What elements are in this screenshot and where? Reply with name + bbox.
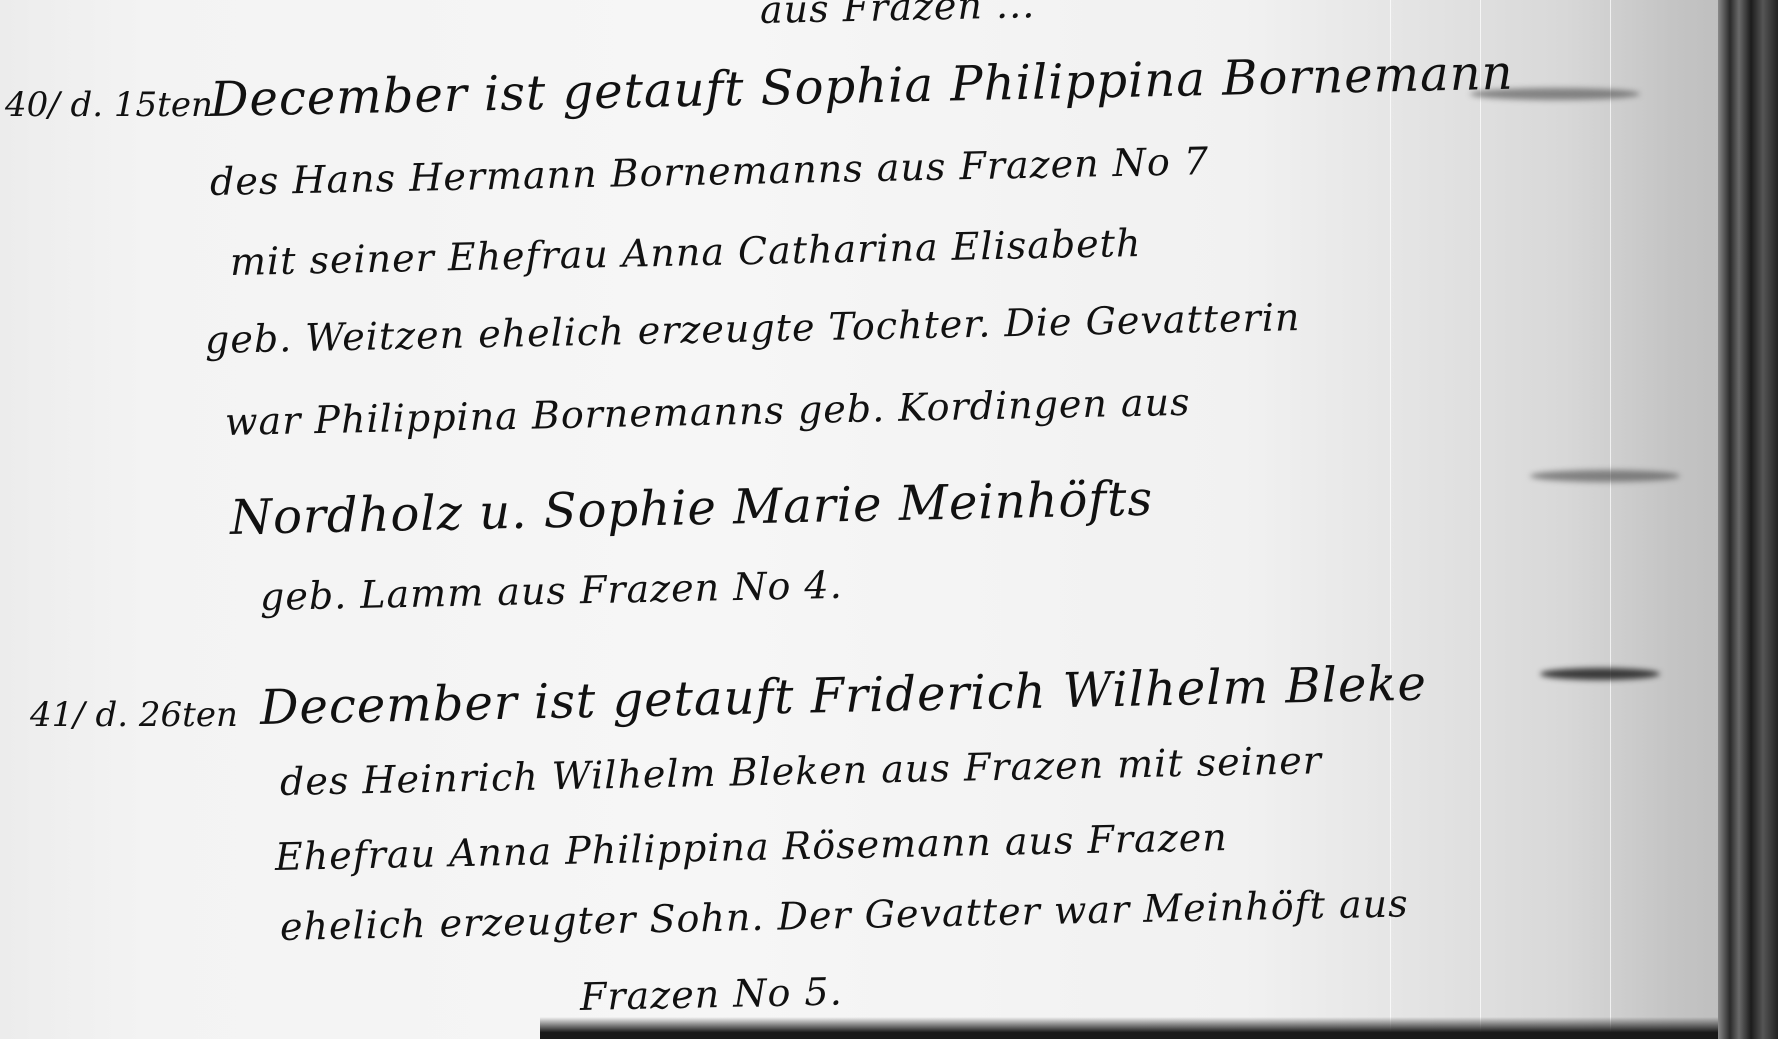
entry-line: mit seiner Ehefrau Anna Catharina Elisab… [230, 221, 1142, 284]
entry-line: December ist getauft Sophia Philippina B… [209, 45, 1514, 128]
ink-smudge [1540, 668, 1660, 680]
page-edge-shadow [540, 1017, 1778, 1039]
entry-line: December ist getauft Friderich Wilhelm B… [259, 656, 1427, 736]
entry-line: geb. Weitzen ehelich erzeugte Tochter. D… [205, 295, 1301, 362]
entry-number: 40/ d. 15ten [5, 85, 213, 125]
entry-line: geb. Lamm aus Frazen No 4. [260, 563, 844, 619]
entry-line: Frazen No 5. [580, 970, 844, 1019]
scan-artifact [1480, 0, 1481, 1039]
entry-line: des Hans Hermann Bornemanns aus Frazen N… [210, 139, 1210, 204]
entry-line: Ehefrau Anna Philippina Rösemann aus Fra… [275, 815, 1229, 879]
entry-line: war Philippina Bornemanns geb. Kordingen… [225, 380, 1191, 444]
entry-number: 41/ d. 26ten [30, 695, 238, 735]
ink-smudge [1530, 470, 1680, 482]
book-spine [1718, 0, 1778, 1039]
register-page: aus Frazen ... 40/ d. 15ten December ist… [0, 0, 1778, 1039]
top-line: aus Frazen ... [760, 0, 1036, 32]
entry-line: Nordholz u. Sophie Marie Meinhöfts [229, 471, 1153, 546]
scan-artifact [1610, 0, 1611, 1039]
entry-line: ehelich erzeugter Sohn. Der Gevatter war… [280, 881, 1410, 949]
entry-line: des Heinrich Wilhelm Bleken aus Frazen m… [280, 738, 1323, 804]
